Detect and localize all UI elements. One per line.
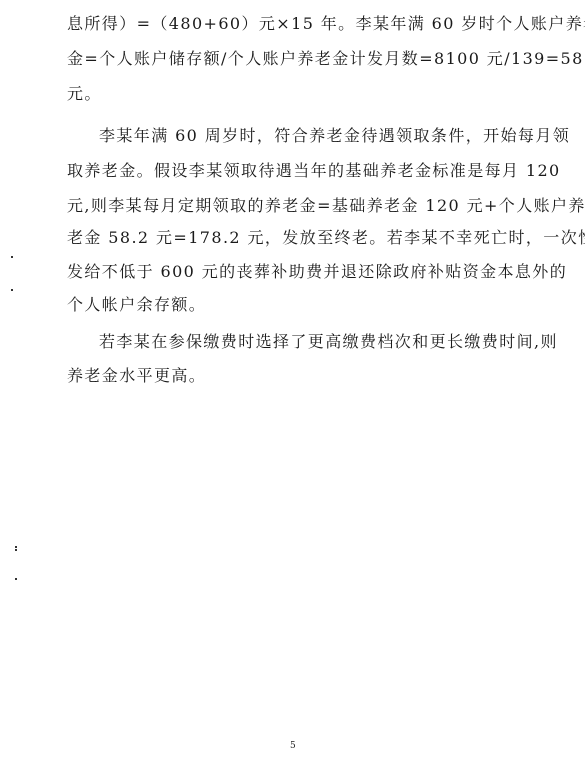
text-line-11: 养老金水平更高。 <box>67 366 542 386</box>
text-line-5: 取养老金。假设李某领取待遇当年的基础养老金标准是每月 120 <box>67 161 542 181</box>
text-line-8: 发给不低于 600 元的丧葬补助费并退还除政府补贴资金本息外的 <box>67 262 542 282</box>
scan-artifact-dot <box>15 546 17 548</box>
text-line-3: 元。 <box>67 84 542 104</box>
text-line-4: 李某年满 60 周岁时，符合养老金待遇领取条件，开始每月领 <box>99 126 542 146</box>
text-line-7: 老金 58.2 元=178.2 元，发放至终老。若李某不幸死亡时，一次性 <box>67 228 542 248</box>
text-line-1: 息所得）=（480+60）元×15 年。李某年满 60 岁时个人账户养老 <box>67 14 542 34</box>
text-line-2: 金=个人账户储存额/个人账户养老金计发月数=8100 元/139=58.2 <box>67 49 542 69</box>
document-page: 息所得）=（480+60）元×15 年。李某年满 60 岁时个人账户养老 金=个… <box>0 0 585 760</box>
scan-artifact-dot <box>11 256 13 258</box>
scan-artifact-dot <box>11 289 13 291</box>
scan-artifact-dot <box>15 578 17 580</box>
text-line-10: 若李某在参保缴费时选择了更高缴费档次和更长缴费时间,则 <box>99 332 542 352</box>
page-number: 5 <box>290 741 296 751</box>
text-line-9: 个人帐户余存额。 <box>67 295 542 315</box>
text-line-6: 元,则李某每月定期领取的养老金=基础养老金 120 元+个人账户养 <box>67 196 542 216</box>
scan-artifact-dot <box>15 549 17 551</box>
